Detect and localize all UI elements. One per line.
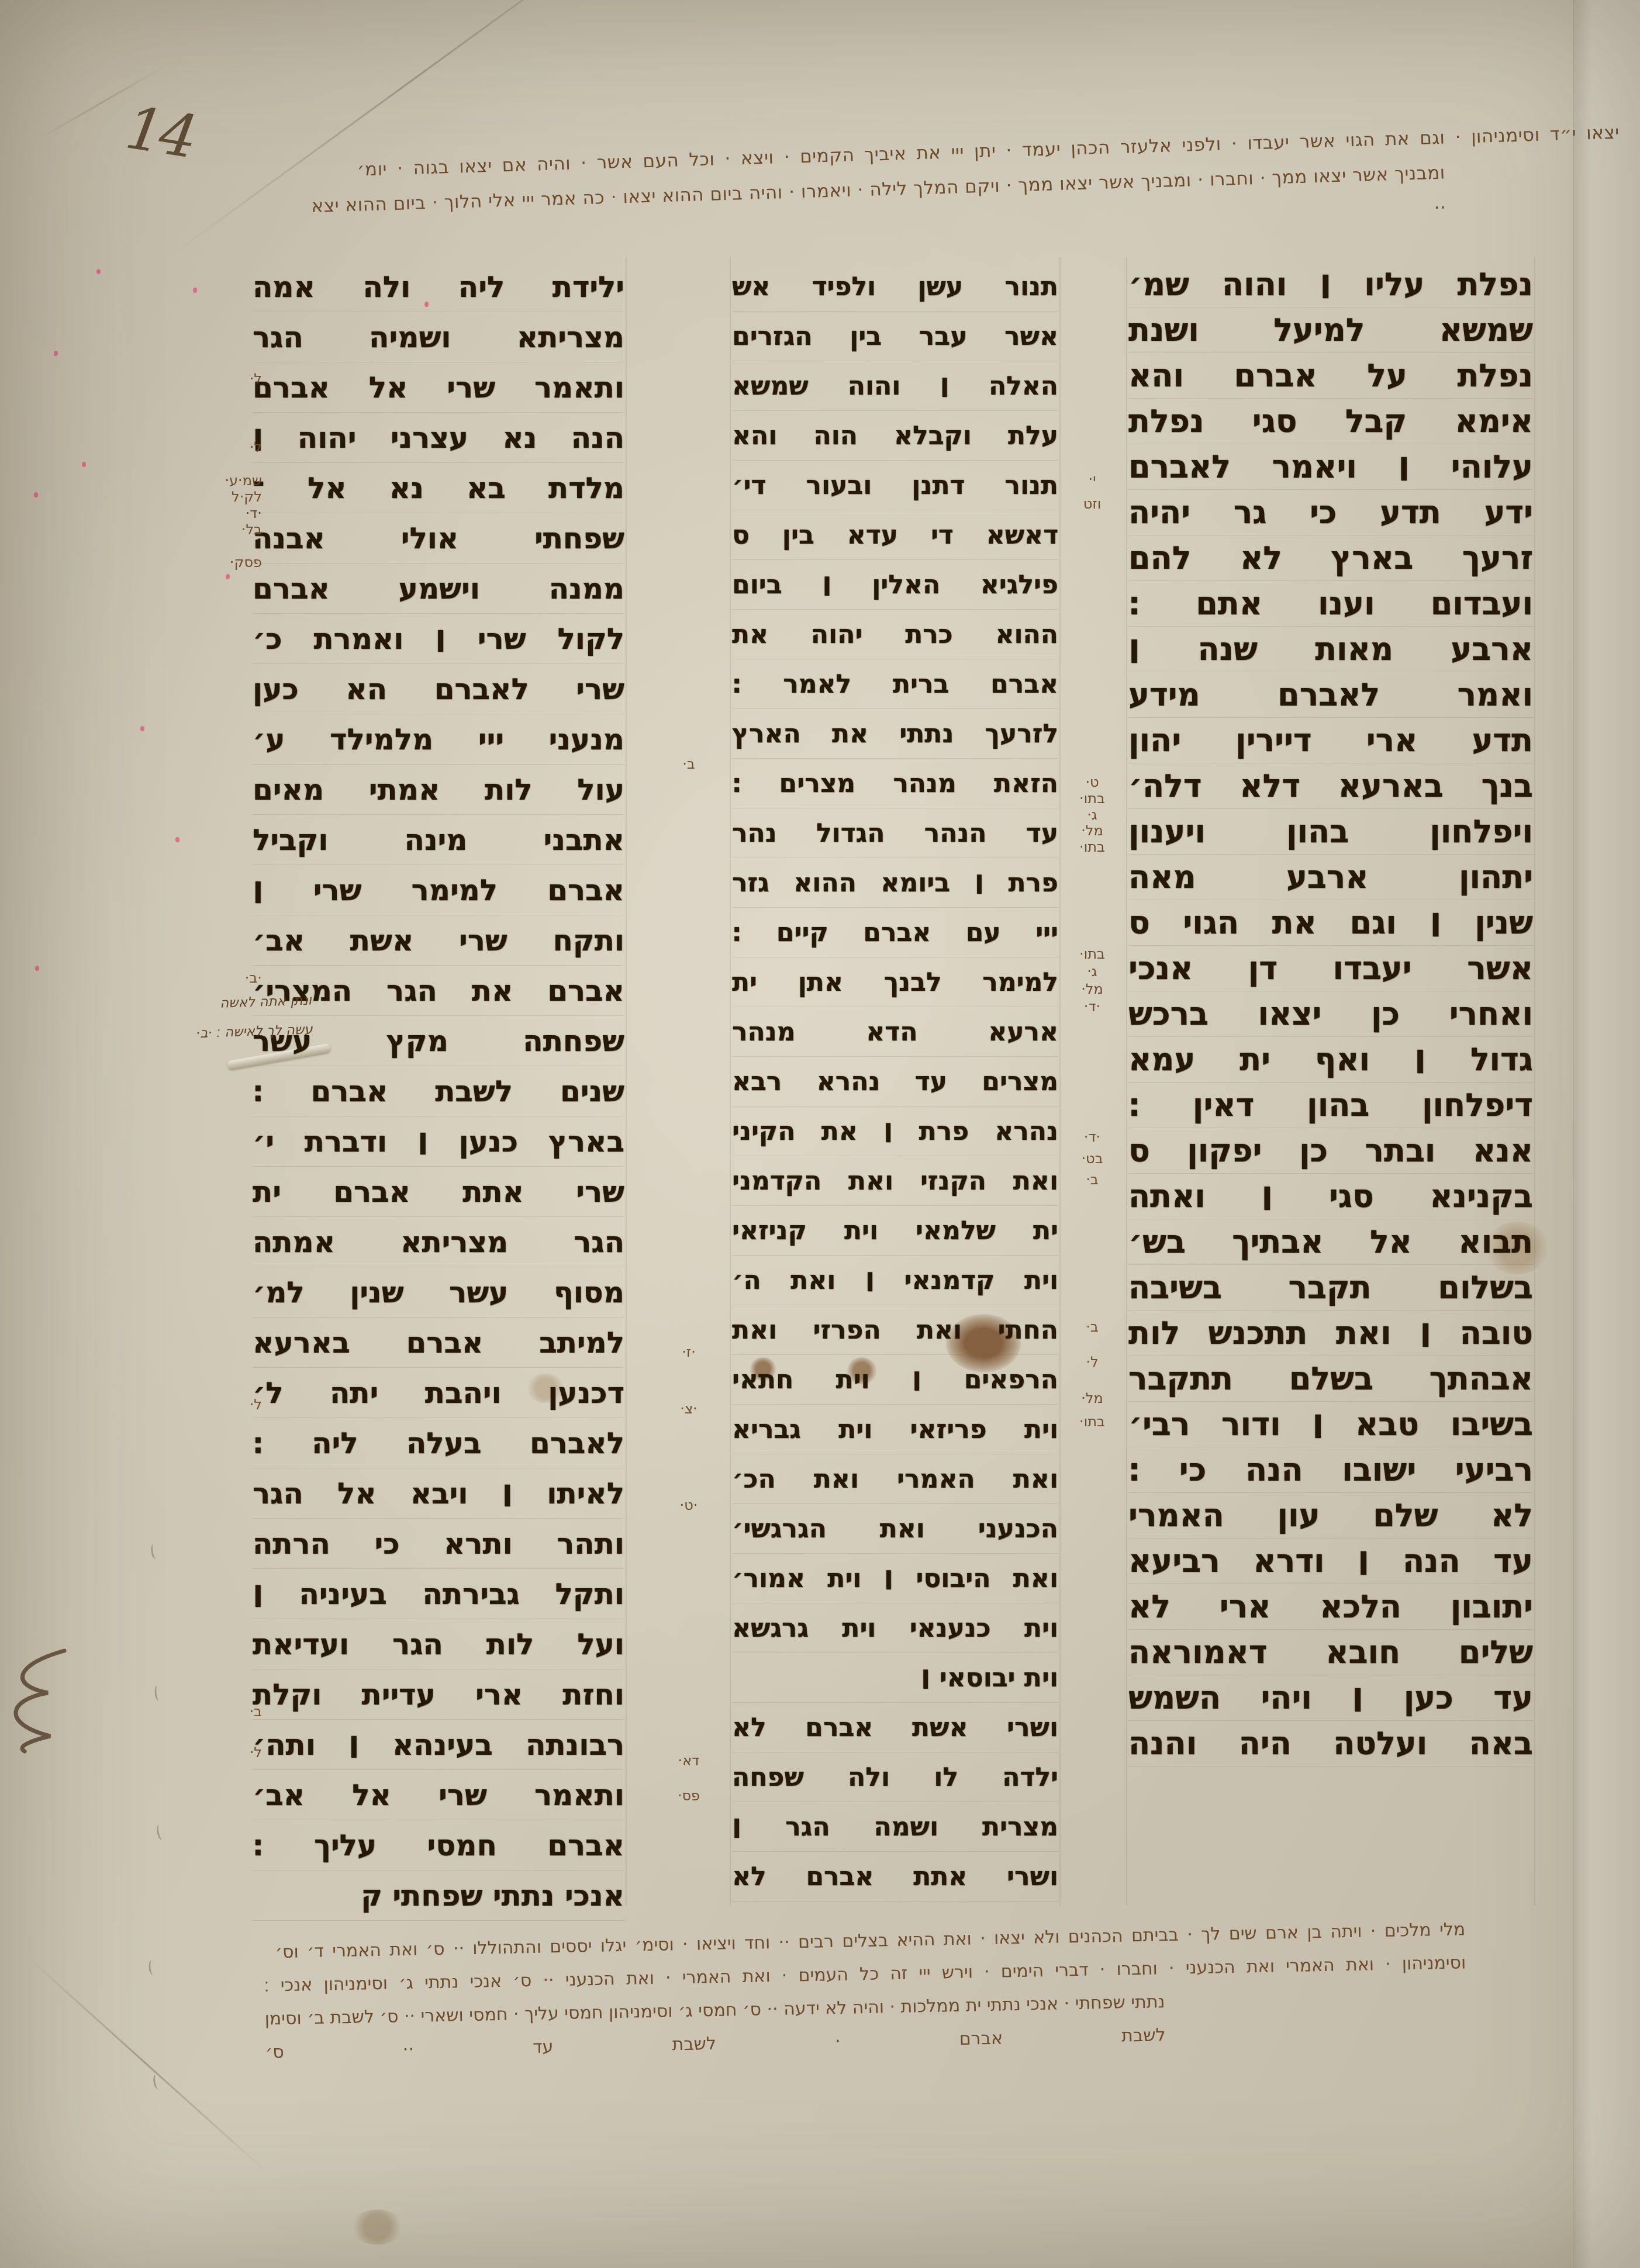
ruling-line: [1059, 257, 1061, 1906]
masora-parva-note: ב·: [1064, 1319, 1120, 1335]
text-line: לאברם בעלה ליה ׃: [253, 1418, 624, 1468]
text-line: ושרי אתת אברם לא: [732, 1852, 1058, 1901]
crease-line: [23, 1952, 267, 2173]
pink-fleck: [226, 574, 230, 579]
masora-magna-bottom: מלי מלכים · ויתה בן ארם שים לך · בביתם ה…: [263, 1913, 1468, 2069]
masora-parva-note: ג·: [1064, 963, 1120, 980]
ruling-line: [730, 257, 731, 1906]
text-line: באה ועלטה היה והנה: [1128, 1721, 1533, 1766]
text-line: שרי אתת אברם ית: [253, 1167, 624, 1217]
text-line: ותהר ותרא כי הרתה: [253, 1519, 624, 1569]
stitch-mark: [152, 2074, 162, 2090]
text-line: ותקל גבירתה בעיניה ׀: [253, 1569, 624, 1619]
masora-parva-note: מל·: [1064, 822, 1120, 839]
masora-parva-note: בתו·: [1064, 839, 1120, 855]
text-line: וחזת ארי עדיית וקלת: [253, 1669, 624, 1720]
text-line: ועל לות הגר ועדיאת: [253, 1619, 624, 1669]
text-line: רבונתה בעינהא ׀ ותה׳: [253, 1720, 624, 1770]
text-line: אשר עבר בין הגזרים: [732, 312, 1058, 361]
masora-parva-note: ג·: [1064, 807, 1120, 823]
pink-fleck: [35, 966, 39, 971]
masora-parva-note: בל·: [206, 521, 262, 538]
pink-fleck: [96, 269, 101, 274]
text-line: שמשא למיעל ושנת: [1128, 307, 1533, 353]
text-line: ילדה לו ולה שפחה: [732, 1752, 1058, 1802]
text-line: הזאת מנהר מצרים ׃: [732, 759, 1058, 808]
marginal-gloss: ונתן אתה לאשהעשה לך לאישה ׃ ·ב·: [123, 986, 313, 1050]
text-line: ילידת ליה ולה אמה: [253, 262, 624, 312]
masora-parva-note: שמ·ע·: [206, 472, 262, 489]
text-line: תנור עשן ולפיד אש: [732, 262, 1058, 312]
text-line: וית קדמנאי ׀ ואת ה׳: [732, 1256, 1058, 1305]
text-line: ותקח שרי אשת אב׳: [253, 915, 624, 966]
text-line: ואחרי כן יצאו ברכש: [1128, 991, 1533, 1037]
text-line: דכנען ויהבת יתה ל׳: [253, 1368, 624, 1418]
text-line: ואת האמרי ואת הכ׳: [732, 1454, 1058, 1504]
masora-parva-note: ·ב·: [206, 970, 262, 986]
text-line: לא שלם עון האמרי: [1128, 1493, 1533, 1538]
masora-parva-note: ל·: [206, 439, 262, 455]
text-line: וית פריזאי וית גבריא: [732, 1405, 1058, 1454]
text-line: תנור דתנן ובעור די׳: [732, 461, 1058, 510]
pink-fleck: [34, 492, 38, 497]
pen-trial-scribble: [0, 1644, 77, 1755]
text-line: ממנה וישמע אברם: [253, 563, 624, 614]
text-line: הכנעני ואת הגרגשי׳: [732, 1504, 1058, 1554]
text-line: אשר יעבדו דן אנכי: [1128, 946, 1533, 991]
masora-parva-note: בט·: [1064, 1150, 1120, 1167]
text-line: נפלת עליו ׀ והוה שמ׳: [1128, 262, 1533, 307]
text-line: ארבע מאות שנה ׀: [1128, 627, 1533, 672]
text-line: אברם ברית לאמר ׃: [732, 659, 1058, 709]
text-line: ידע תדע כי גר יהיה: [1128, 490, 1533, 535]
masora-parva-note: ·צ·: [660, 1401, 718, 1417]
text-line: שפחתי אולי אבנה: [253, 513, 624, 563]
text-line: תבוא אל אבתיך בש׳: [1128, 1219, 1533, 1265]
text-line: אתבני מינה וקביל: [253, 815, 624, 865]
masora-parva-note: ·ד·: [1064, 1129, 1120, 1145]
text-line: יתובון הלכא ארי לא: [1128, 1584, 1533, 1630]
text-line: ויפלחון בהון ויענון: [1128, 809, 1533, 855]
text-line: עד הנהר הגדול נהר: [732, 808, 1058, 858]
masora-parva-note: פס·: [660, 1788, 718, 1804]
text-line: מלדת בא נא אל ־: [253, 463, 624, 513]
text-line: לזרעך נתתי את הארץ: [732, 709, 1058, 759]
masora-parva-note: ב·: [1064, 1171, 1120, 1188]
stitch-mark: [148, 1960, 157, 1976]
text-line: בשיבו טבא ׀ ודור רבי׳: [1128, 1402, 1533, 1447]
masora-parva-note: ל·: [206, 1396, 262, 1413]
masora-parva-note: ל·: [206, 371, 262, 387]
page-edge-strip: [1573, 0, 1640, 2268]
text-line: בנך בארעא דלא דלה׳: [1128, 763, 1533, 809]
text-line: הגר מצריתא אמתה: [253, 1217, 624, 1267]
pink-fleck: [54, 351, 58, 356]
masora-parva-note: ל·: [1064, 1354, 1120, 1370]
stitch-mark: [154, 1685, 163, 1701]
masora-parva-note: בתו·: [1064, 946, 1120, 962]
text-line: וית כנענאי וית גרגשא: [732, 1603, 1058, 1653]
text-line: יתהון ארבע מאה: [1128, 855, 1533, 900]
masora-parva-note: בתו·: [1064, 790, 1120, 807]
column-middle: תנור עשן ולפיד אשאשר עבר בין הגזריםהאלה …: [732, 262, 1058, 1901]
text-line: למיתב אברם בארעא: [253, 1318, 624, 1368]
text-line: ייי עם אברם קיים ׃: [732, 908, 1058, 957]
text-line: אנא ובתר כן יפקון ס: [1128, 1128, 1533, 1174]
folio-number: 14: [122, 94, 199, 172]
text-line: תדע ארי דיירין יהון: [1128, 718, 1533, 763]
text-line: דאשא די עדא בין ס: [732, 510, 1058, 560]
text-line: עלוהי ׀ ויאמר לאברם: [1128, 444, 1533, 490]
column-right: נפלת עליו ׀ והוה שמ׳שמשא למיעל ושנתנפלת …: [1128, 262, 1533, 1766]
text-line: החתי ואת הפרזי ואת: [732, 1305, 1058, 1355]
masora-parva-note: ב·: [206, 1703, 262, 1720]
stitch-mark: [150, 1544, 160, 1560]
text-line: זרעך בארץ לא להם: [1128, 535, 1533, 581]
text-line: אימא קבל סגי נפלת: [1128, 399, 1533, 444]
masora-parva-note: לק·ל: [206, 489, 262, 505]
masora-parva-note: ·ז·: [660, 1344, 718, 1360]
text-line: שנין ׀ וגם את הגוי ס: [1128, 900, 1533, 946]
text-line: אבהתך בשלם תתקבר: [1128, 1356, 1533, 1402]
text-line: עד הנה ׀ ודרא רביעא: [1128, 1538, 1533, 1584]
text-line: אנכי נתתי שפחתי ק: [253, 1871, 624, 1921]
text-line: מצריתא ושמיה הגר: [253, 312, 624, 362]
text-line: בקנינא סגי ׀ ואתה: [1128, 1174, 1533, 1219]
pink-fleck: [193, 288, 197, 293]
ruling-line: [1534, 257, 1535, 1906]
masora-parva-note: ·ד·: [1064, 998, 1120, 1015]
text-line: מצרים עד נהרא רבא: [732, 1057, 1058, 1107]
text-line: ההוא כרת יהוה את: [732, 610, 1058, 659]
masora-parva-note: בתו·: [1064, 1413, 1120, 1430]
masora-parva-note: וזט: [1064, 496, 1120, 512]
text-line: ואת הקנזי ואת הקדמני: [732, 1156, 1058, 1206]
text-line: ואת היבוסי ׀ וית אמור׳: [732, 1554, 1058, 1603]
pink-fleck: [175, 837, 179, 842]
masora-parva-note: ל·: [206, 1744, 262, 1761]
text-line: אברם למימר שרי ׀: [253, 865, 624, 915]
text-line: גדול ׀ ואף ית עמא: [1128, 1037, 1533, 1083]
text-line: שרי לאברם הא כען: [253, 664, 624, 714]
text-line: שלים חובא דאמוראה: [1128, 1630, 1533, 1675]
text-line: בשלום תקבר בשיבה: [1128, 1265, 1533, 1311]
text-line: ושרי אשת אברם לא: [732, 1703, 1058, 1752]
masora-parva-note: ב·: [660, 756, 718, 772]
text-line: פילגיא האלין ׀ ביום: [732, 560, 1058, 610]
masora-parva-note: פסק·: [206, 554, 262, 571]
text-line: בארץ כנען ׀ ודברת י׳: [253, 1116, 624, 1167]
masora-parva-note: מל·: [1064, 981, 1120, 997]
masora-magna-top: יצאו י״ד וסימניהון · וגם את הגוי אשר יעב…: [303, 115, 1622, 260]
text-line: רביעי ישובו הנה כי ׃: [1128, 1447, 1533, 1493]
text-line: אברם חמסי עליך ׃: [253, 1820, 624, 1871]
text-line: שנים לשבת אברם ׃: [253, 1066, 624, 1116]
text-line: ותאמר שרי אל אברם: [253, 362, 624, 413]
pink-fleck: [140, 726, 144, 731]
text-line: מצרית ושמה הגר ׀: [732, 1802, 1058, 1852]
manuscript-page: 14 יצאו י״ד וסימניהון · וגם את הגוי אשר …: [0, 0, 1640, 2268]
text-line: מנעני ייי מלמילד ע׳: [253, 714, 624, 765]
masora-parva-note: דא·: [660, 1752, 718, 1769]
text-line: דיפלחון בהון דאין ׃: [1128, 1083, 1533, 1128]
ruling-line: [1126, 257, 1127, 1906]
text-line: הרפאים ׀ וית חתאי: [732, 1355, 1058, 1405]
text-line: ית שלמאי וית קניזאי: [732, 1206, 1058, 1256]
text-line: ועבדום וענו אתם ׃: [1128, 581, 1533, 627]
text-line: לקול שרי ׀ ואמרת כ׳: [253, 614, 624, 664]
masora-parva-note: ט·: [1064, 774, 1120, 790]
faint-stain: [351, 2210, 403, 2245]
text-line: עול לות אמתי מאים: [253, 765, 624, 815]
masora-parva-note: ·ט·: [660, 1497, 718, 1513]
text-line: נהרא פרת ׀ את הקיני: [732, 1107, 1058, 1156]
text-line: עד כען ׀ ויהי השמש: [1128, 1675, 1533, 1721]
text-line: עלת וקבלא הוה והא: [732, 411, 1058, 461]
text-line: מסוף עשר שנין למ׳: [253, 1267, 624, 1318]
text-line: פרת ׀ ביומא ההוא גזר: [732, 858, 1058, 908]
text-line: טובה ׀ ואת תתכנש לות: [1128, 1311, 1533, 1356]
text-line: ארעא הדא מנהר: [732, 1007, 1058, 1057]
text-line: לאיתו ׀ ויבא אל הגר: [253, 1468, 624, 1519]
text-line: האלה ׀ והוה שמשא: [732, 361, 1058, 411]
column-left: ילידת ליה ולה אמהמצריתא ושמיה הגרותאמר ש…: [253, 262, 624, 1921]
text-line: ואמר לאברם מידע: [1128, 672, 1533, 718]
masora-parva-note: מל·: [1064, 1390, 1120, 1406]
ruling-line: [626, 257, 627, 1906]
text-line: למימר לבנך אתן ית: [732, 957, 1058, 1007]
masora-parva-note: י·: [1064, 471, 1120, 488]
text-line: הנה נא עצרני יהוה ׀: [253, 413, 624, 463]
text-line: נפלת על אברם והא: [1128, 353, 1533, 399]
text-line: ותאמר שרי אל אב׳: [253, 1770, 624, 1820]
masora-parva-note: ·ד·: [206, 505, 262, 521]
pink-fleck: [82, 462, 86, 467]
text-line: וית יבוסאי ׀: [732, 1653, 1058, 1703]
stitch-mark: [156, 1824, 166, 1840]
